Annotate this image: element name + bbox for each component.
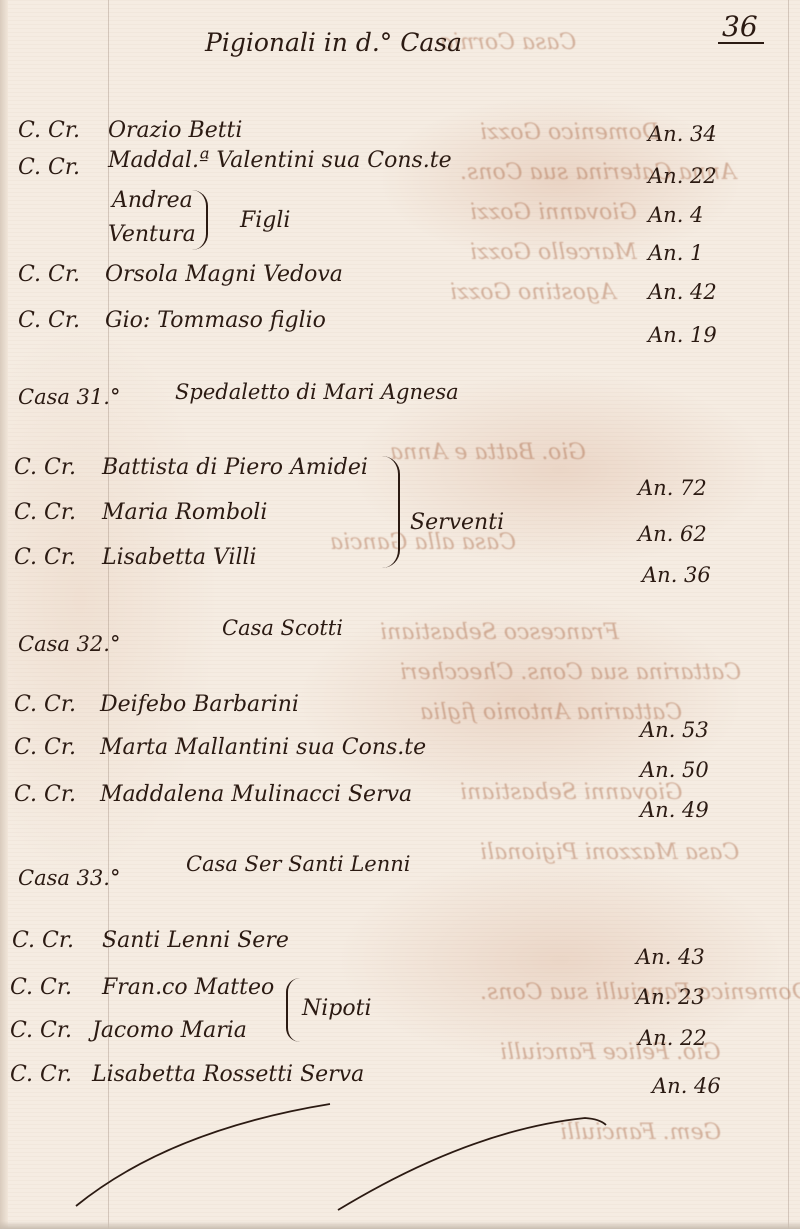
manuscript-page: Casa Cornia Domenico Gozzi Anna Caterina… [0, 0, 800, 1229]
closing-pen-strokes [0, 0, 800, 1229]
